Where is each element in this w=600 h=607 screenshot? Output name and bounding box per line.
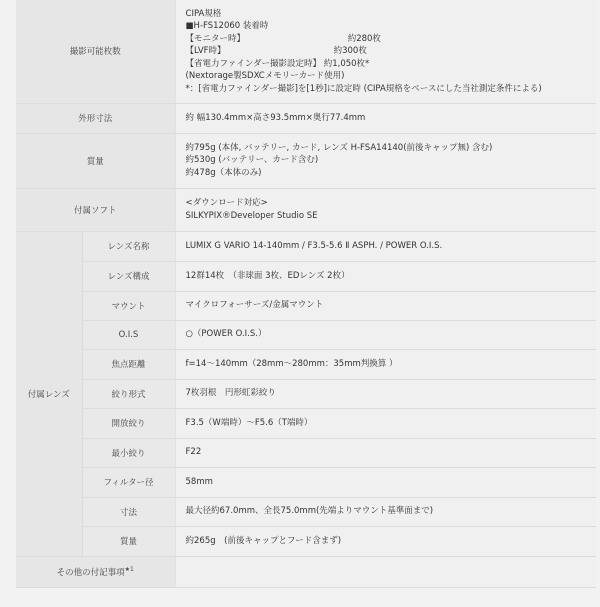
footnote-marker: ★1 [125,566,134,573]
lens-row-value: LUMIX G VARIO 14-140mm / F3.5-5.6 Ⅱ ASPH… [175,231,596,261]
row-label-text: その他の付記事項 [57,568,125,578]
lens-group-label: 付属レンズ [16,231,82,556]
row-label: 付属ソフト [16,188,175,231]
lens-row-value: F22 [175,438,596,467]
lens-row-label: 最小絞り [82,438,175,467]
lens-row-value: 最大径約67.0mm、全長75.0mm(先端よりマウント基準面まで) [175,497,596,526]
lens-row-label: O.I.S [82,320,175,349]
lens-row-value: 7枚羽根 円形虹彩絞り [175,379,596,408]
lens-row-label: 質量 [82,526,175,556]
lens-row: 絞り形式 7枚羽根 円形虹彩絞り [16,379,596,408]
row-label: 質量 [16,133,175,188]
lens-row: マウント マイクロフォーサーズ/金属マウント [16,291,596,320]
row-value: CIPA規格 ■H-FS12060 装着時 【モニター時】 約280枚 【LVF… [175,0,596,103]
lens-row-value: 12群14枚 （非球面 3枚、EDレンズ 2枚） [175,261,596,291]
value-line: (Nextorage製SDXCメモリーカード使用) [186,70,597,83]
row-label: 撮影可能枚数 [16,0,175,103]
row-weight: 質量 約795g (本体, バッテリー, カード, レンズ H-FSA14140… [16,133,596,188]
lens-row-label: 絞り形式 [82,379,175,408]
row-value: 約795g (本体, バッテリー, カード, レンズ H-FSA14140(前後… [175,133,596,188]
row-shooting-count: 撮影可能枚数 CIPA規格 ■H-FS12060 装着時 【モニター時】 約28… [16,0,596,103]
value-line: ■H-FS12060 装着時 [186,20,597,33]
lens-row: O.I.S ○（POWER O.I.S.） [16,320,596,349]
value-line: 【モニター時】 約280枚 [186,33,597,46]
lens-row: 最小絞り F22 [16,438,596,467]
lens-row-label: レンズ構成 [82,261,175,291]
value-line: <ダウンロード対応> [186,197,597,210]
lens-row-label: マウント [82,291,175,320]
lens-row: 開放絞り F3.5（W端時）～F5.6（T端時） [16,408,596,438]
lens-row-value: F3.5（W端時）～F5.6（T端時） [175,408,596,438]
lens-row-value: マイクロフォーサーズ/金属マウント [175,291,596,320]
lens-row: 付属レンズ レンズ名称 LUMIX G VARIO 14-140mm / F3.… [16,231,596,261]
row-dimensions: 外形寸法 約 幅130.4mm×高さ93.5mm×奥行77.4mm [16,103,596,133]
value-line: 約478g（本体のみ) [186,167,597,180]
row-label: 外形寸法 [16,103,175,133]
spec-table: 撮影可能枚数 CIPA規格 ■H-FS12060 装着時 【モニター時】 約28… [16,0,596,588]
row-software: 付属ソフト <ダウンロード対応> SILKYPIX®Developer Stud… [16,188,596,231]
value-line: 【LVF時】 約300枚 [186,45,597,58]
lens-row-label: 開放絞り [82,408,175,438]
lens-row: 焦点距離 f=14～140mm（28mm～280mm：35mm判換算 ） [16,349,596,379]
lens-row-label: レンズ名称 [82,231,175,261]
lens-row-value: f=14～140mm（28mm～280mm：35mm判換算 ） [175,349,596,379]
row-value [175,556,596,587]
lens-row-label: 焦点距離 [82,349,175,379]
lens-row: フィルター径 58mm [16,467,596,497]
value-line: 【省電力ファインダー撮影設定時】 約1,050枚* [186,58,597,71]
lens-row-label: 寸法 [82,497,175,526]
lens-row-value: 約265g (前後キャップとフード含まず) [175,526,596,556]
lens-row: 寸法 最大径約67.0mm、全長75.0mm(先端よりマウント基準面まで) [16,497,596,526]
lens-row-value: ○（POWER O.I.S.） [175,320,596,349]
value-line: 約795g (本体, バッテリー, カード, レンズ H-FSA14140(前後… [186,142,597,155]
row-other-notes: その他の付記事項★1 [16,556,596,587]
value-line: SILKYPIX®Developer Studio SE [186,210,597,223]
lens-row-value: 58mm [175,467,596,497]
lens-row: 質量 約265g (前後キャップとフード含まず) [16,526,596,556]
lens-row: レンズ構成 12群14枚 （非球面 3枚、EDレンズ 2枚） [16,261,596,291]
row-label: その他の付記事項★1 [16,556,175,587]
row-value: 約 幅130.4mm×高さ93.5mm×奥行77.4mm [175,103,596,133]
value-line: 約530g (バッテリー、カード含む) [186,154,597,167]
value-line: *：[省電力ファインダー撮影]を[1秒]に設定時 (CIPA規格をベースにした当… [186,83,597,96]
row-value: <ダウンロード対応> SILKYPIX®Developer Studio SE [175,188,596,231]
lens-row-label: フィルター径 [82,467,175,497]
value-line: CIPA規格 [186,8,597,21]
